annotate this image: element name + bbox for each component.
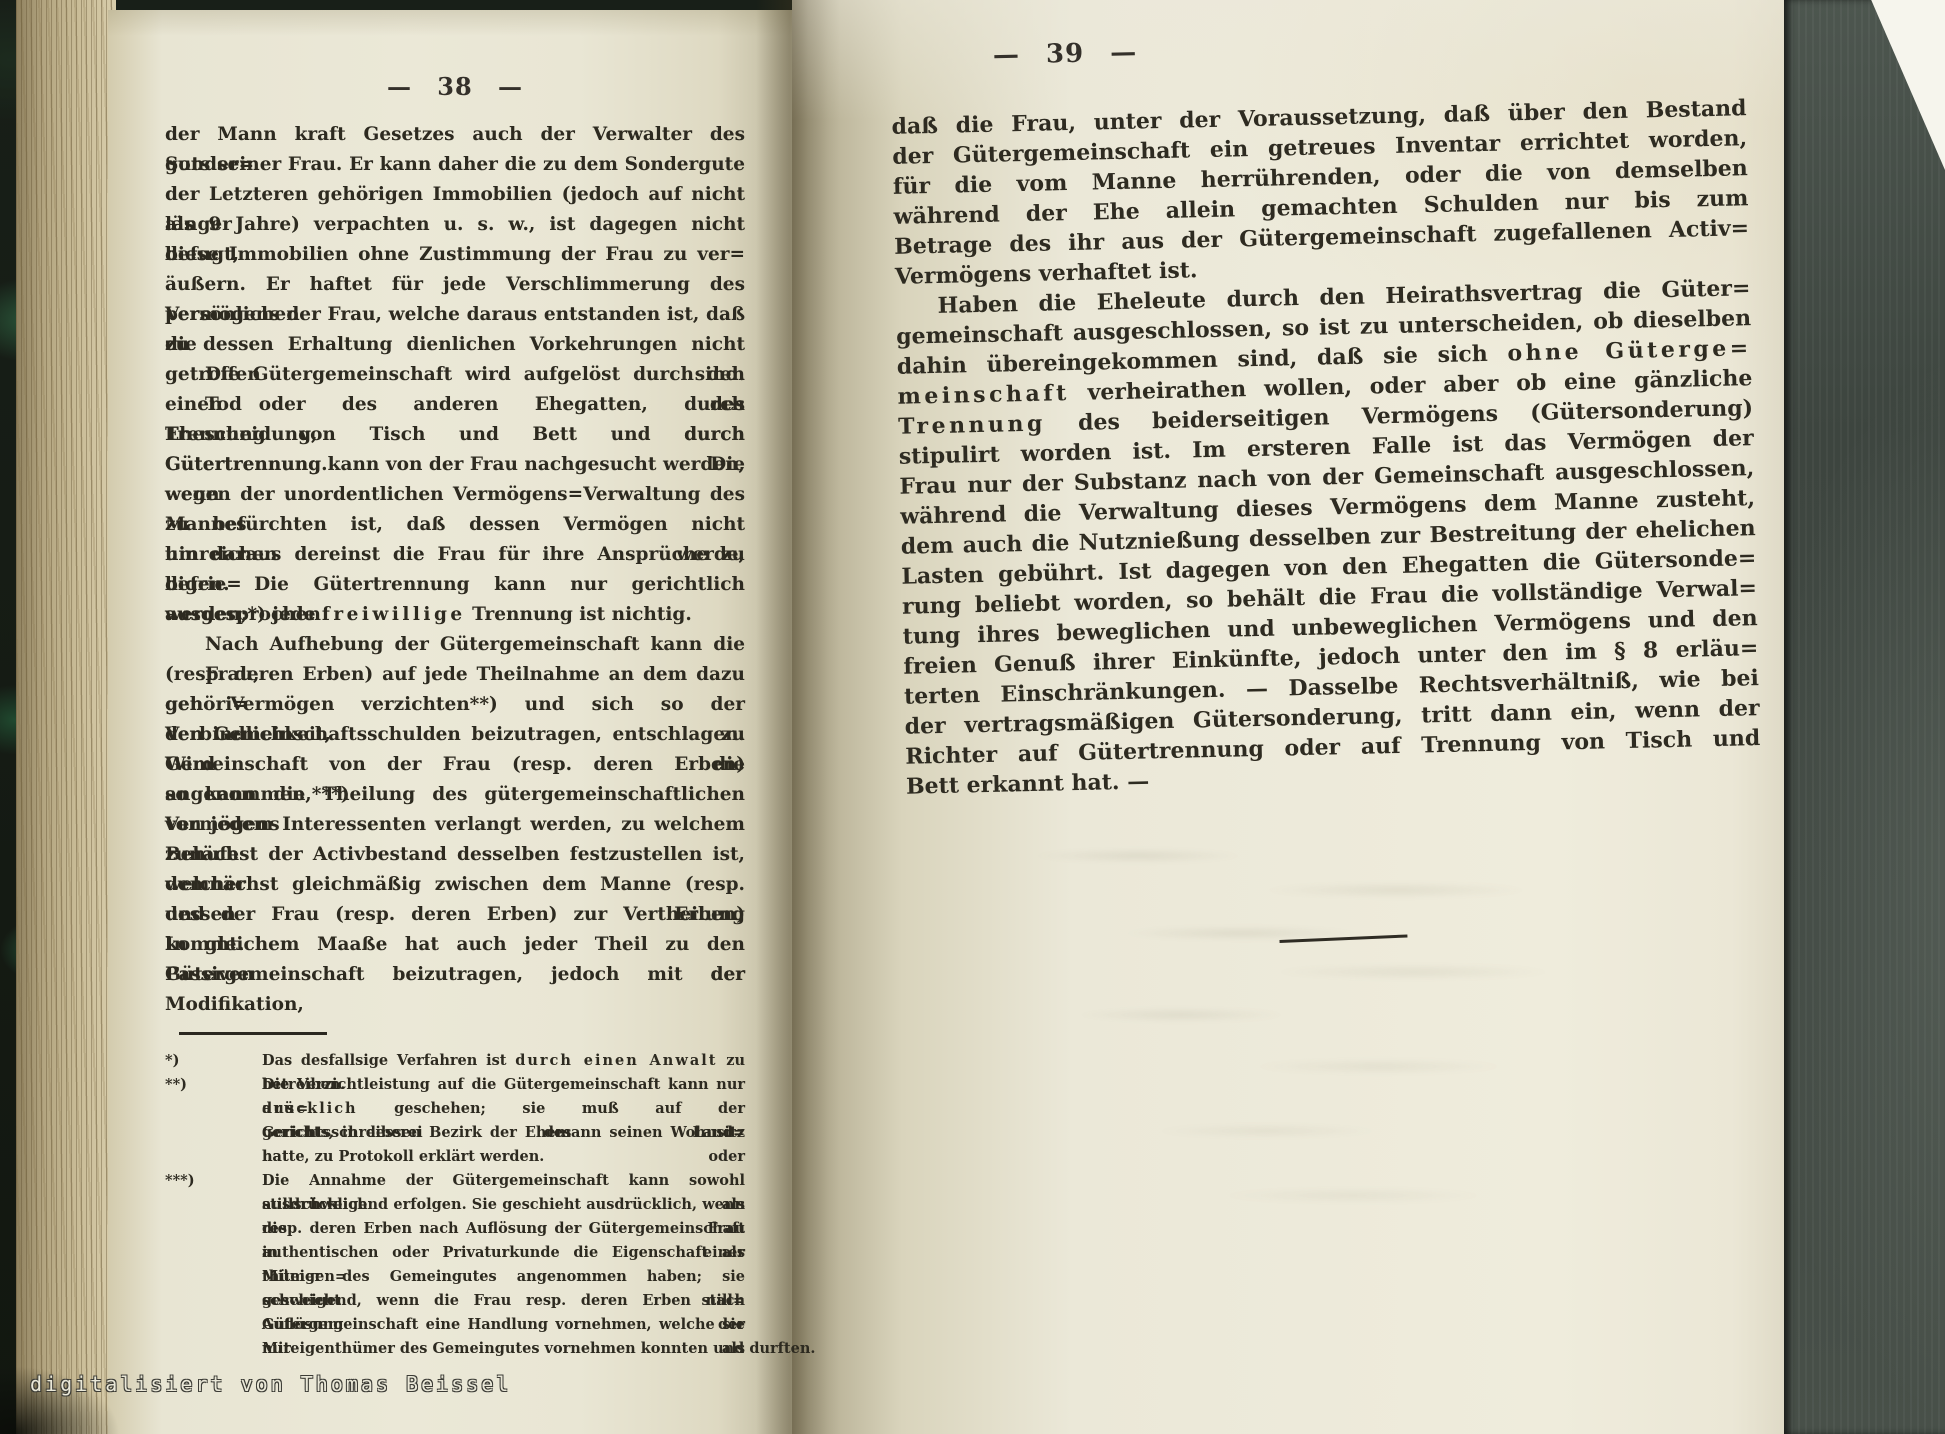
emphasized-text: ohne Güterge= — [1507, 335, 1752, 366]
text-line: den Gemeinschaftsschulden beizutragen, e… — [165, 720, 745, 750]
text-line: Gütergemeinschaft beizutragen, jedoch mi… — [165, 960, 745, 990]
text-line: um daraus dereinst die Frau für ihre Ans… — [165, 540, 745, 570]
footnote-line: ***)Die Annahme der Gütergemeinschaft ka… — [165, 1169, 745, 1193]
footnote-line: stillschweigend erfolgen. Sie geschieht … — [165, 1193, 745, 1217]
page-number-left: — 38 — — [165, 72, 745, 101]
footnote-block: *)Das desfallsige Verfahren ist durch ei… — [165, 1049, 745, 1361]
text-line: Die Gütergemeinschaft wird aufgelöst dur… — [165, 360, 745, 390]
text-run: Bett erkannt hat. — — [906, 768, 1150, 799]
text-run: guts seiner Frau. Er kann daher die zu d… — [165, 154, 745, 175]
footnote-line: schweigend, wenn die Frau resp. deren Er… — [165, 1289, 745, 1313]
left-page-body-text: der Mann kraft Gesetzes auch der Verwalt… — [165, 120, 745, 990]
text-line: Gemeinschaft von der Frau (resp. deren E… — [165, 750, 745, 780]
text-line: von jedem Interessenten verlangt werden,… — [165, 810, 745, 840]
book-scan-photo: — 38 — der Mann kraft Gesetzes auch der … — [0, 0, 1945, 1434]
footnote-line: Miteigenthümer des Gemeingutes vornehmen… — [165, 1337, 745, 1361]
page-block-edge-right — [1784, 0, 1945, 1434]
text-line: Vermögens der Frau, welche daraus entsta… — [165, 300, 745, 330]
section-end-rule — [1279, 934, 1407, 942]
text-line: Trennung von Tisch und Bett und durch Gü… — [165, 420, 745, 450]
text-line: der Letzteren gehörigen Immobilien (jedo… — [165, 180, 745, 210]
text-line: digen. Die Gütertrennung kann nur gerich… — [165, 570, 745, 600]
right-page-body-text: daß die Frau, unter der Voraussetzung, d… — [836, 93, 1766, 803]
footnote-line: Gütergemeinschaft eine Handlung vornehme… — [165, 1313, 745, 1337]
text-line: zunächst der Activbestand desselben fest… — [165, 840, 745, 870]
text-run: Miteigenthümer des Gemeingutes vornehmen… — [262, 1340, 815, 1357]
text-line: wegen der unordentlichen Vermögens=Verwa… — [165, 480, 745, 510]
text-run: Trennung ist nichtig. — [466, 604, 692, 625]
text-line: Nach Aufhebung der Gütergemeinschaft kan… — [165, 630, 745, 660]
footnote-line: authentischen oder Privaturkunde die Eig… — [165, 1241, 745, 1265]
text-run: diese Immobilien ohne Zustimmung der Fra… — [165, 244, 745, 265]
text-run: werden;*) jede — [165, 604, 322, 625]
text-run: Vermögens verhaftet ist. — [895, 257, 1198, 290]
emphasized-text: Trennung — [898, 411, 1046, 440]
text-line: demnächst gleichmäßig zwischen dem Manne… — [165, 870, 745, 900]
page-fore-edge-left — [16, 0, 116, 1434]
footnote-line: resp. deren Erben nach Auflösung der Güt… — [165, 1217, 745, 1241]
footnote-marker: *) — [165, 1049, 251, 1073]
footnote-line: thümer des Gemeingutes angenommen haben;… — [165, 1265, 745, 1289]
text-line: zu befürchten ist, daß dessen Vermögen n… — [165, 510, 745, 540]
text-line: werden;*) jede freiwillige Trennung ist … — [165, 600, 745, 630]
footnote-marker: **) — [165, 1073, 251, 1097]
footnote-separator-rule — [179, 1032, 327, 1035]
right-page-text-column: — 39 — daß die Frau, unter der Vorausset… — [834, 0, 1771, 1020]
text-line: so kann die Theilung des gütergemeinscha… — [165, 780, 745, 810]
footnote-line: hatte, zu Protokoll erklärt werden. — [165, 1145, 745, 1169]
emphasized-text: meinschaft — [897, 380, 1070, 410]
digitization-caption: digitalisiert von Thomas Beissel — [30, 1372, 511, 1396]
text-run: Das desfallsige Verfahren ist — [262, 1052, 515, 1069]
text-line: der Mann kraft Gesetzes auch der Verwalt… — [165, 120, 745, 150]
footnote-line: drücklich geschehen; sie muß auf der Ger… — [165, 1097, 745, 1121]
text-line: einen oder des anderen Ehegatten, durch … — [165, 390, 745, 420]
emphasized-text: freiwillige — [322, 604, 466, 625]
text-line: zu dessen Erhaltung dienlichen Vorkehrun… — [165, 330, 745, 360]
text-line: äußern. Er haftet für jede Verschlimmeru… — [165, 270, 745, 300]
text-run: Die Verzichtleistung auf die Gütergemein… — [262, 1076, 745, 1093]
emphasized-text: drücklich — [262, 1100, 358, 1117]
text-line: (resp. deren Erben) auf jede Theilnahme … — [165, 660, 745, 690]
text-run: hatte, zu Protokoll erklärt werden. — [262, 1148, 544, 1165]
text-line: In gleichem Maaße hat auch jeder Theil z… — [165, 930, 745, 960]
text-line: Gütertrennung kann von der Frau nachgesu… — [165, 450, 745, 480]
emphasized-text: durch einen Anwalt — [515, 1052, 717, 1069]
book-gutter — [756, 0, 840, 1434]
footnote-marker: ***) — [165, 1169, 251, 1193]
text-line: diese Immobilien ohne Zustimmung der Fra… — [165, 240, 745, 270]
text-line: guts seiner Frau. Er kann daher die zu d… — [165, 150, 745, 180]
text-line: gen Vermögen verzichten**) und sich so d… — [165, 690, 745, 720]
footnote-line: *)Das desfallsige Verfahren ist durch ei… — [165, 1049, 745, 1073]
footnote-line: gerichts, in dessen Bezirk der Ehemann s… — [165, 1121, 745, 1145]
footnote-line: **)Die Verzichtleistung auf die Gütergem… — [165, 1073, 745, 1097]
text-line: und der Frau (resp. deren Erben) zur Ver… — [165, 900, 745, 930]
text-line: als 9 Jahre) verpachten u. s. w., ist da… — [165, 210, 745, 240]
page-number-right: — 39 — — [985, 37, 1146, 70]
